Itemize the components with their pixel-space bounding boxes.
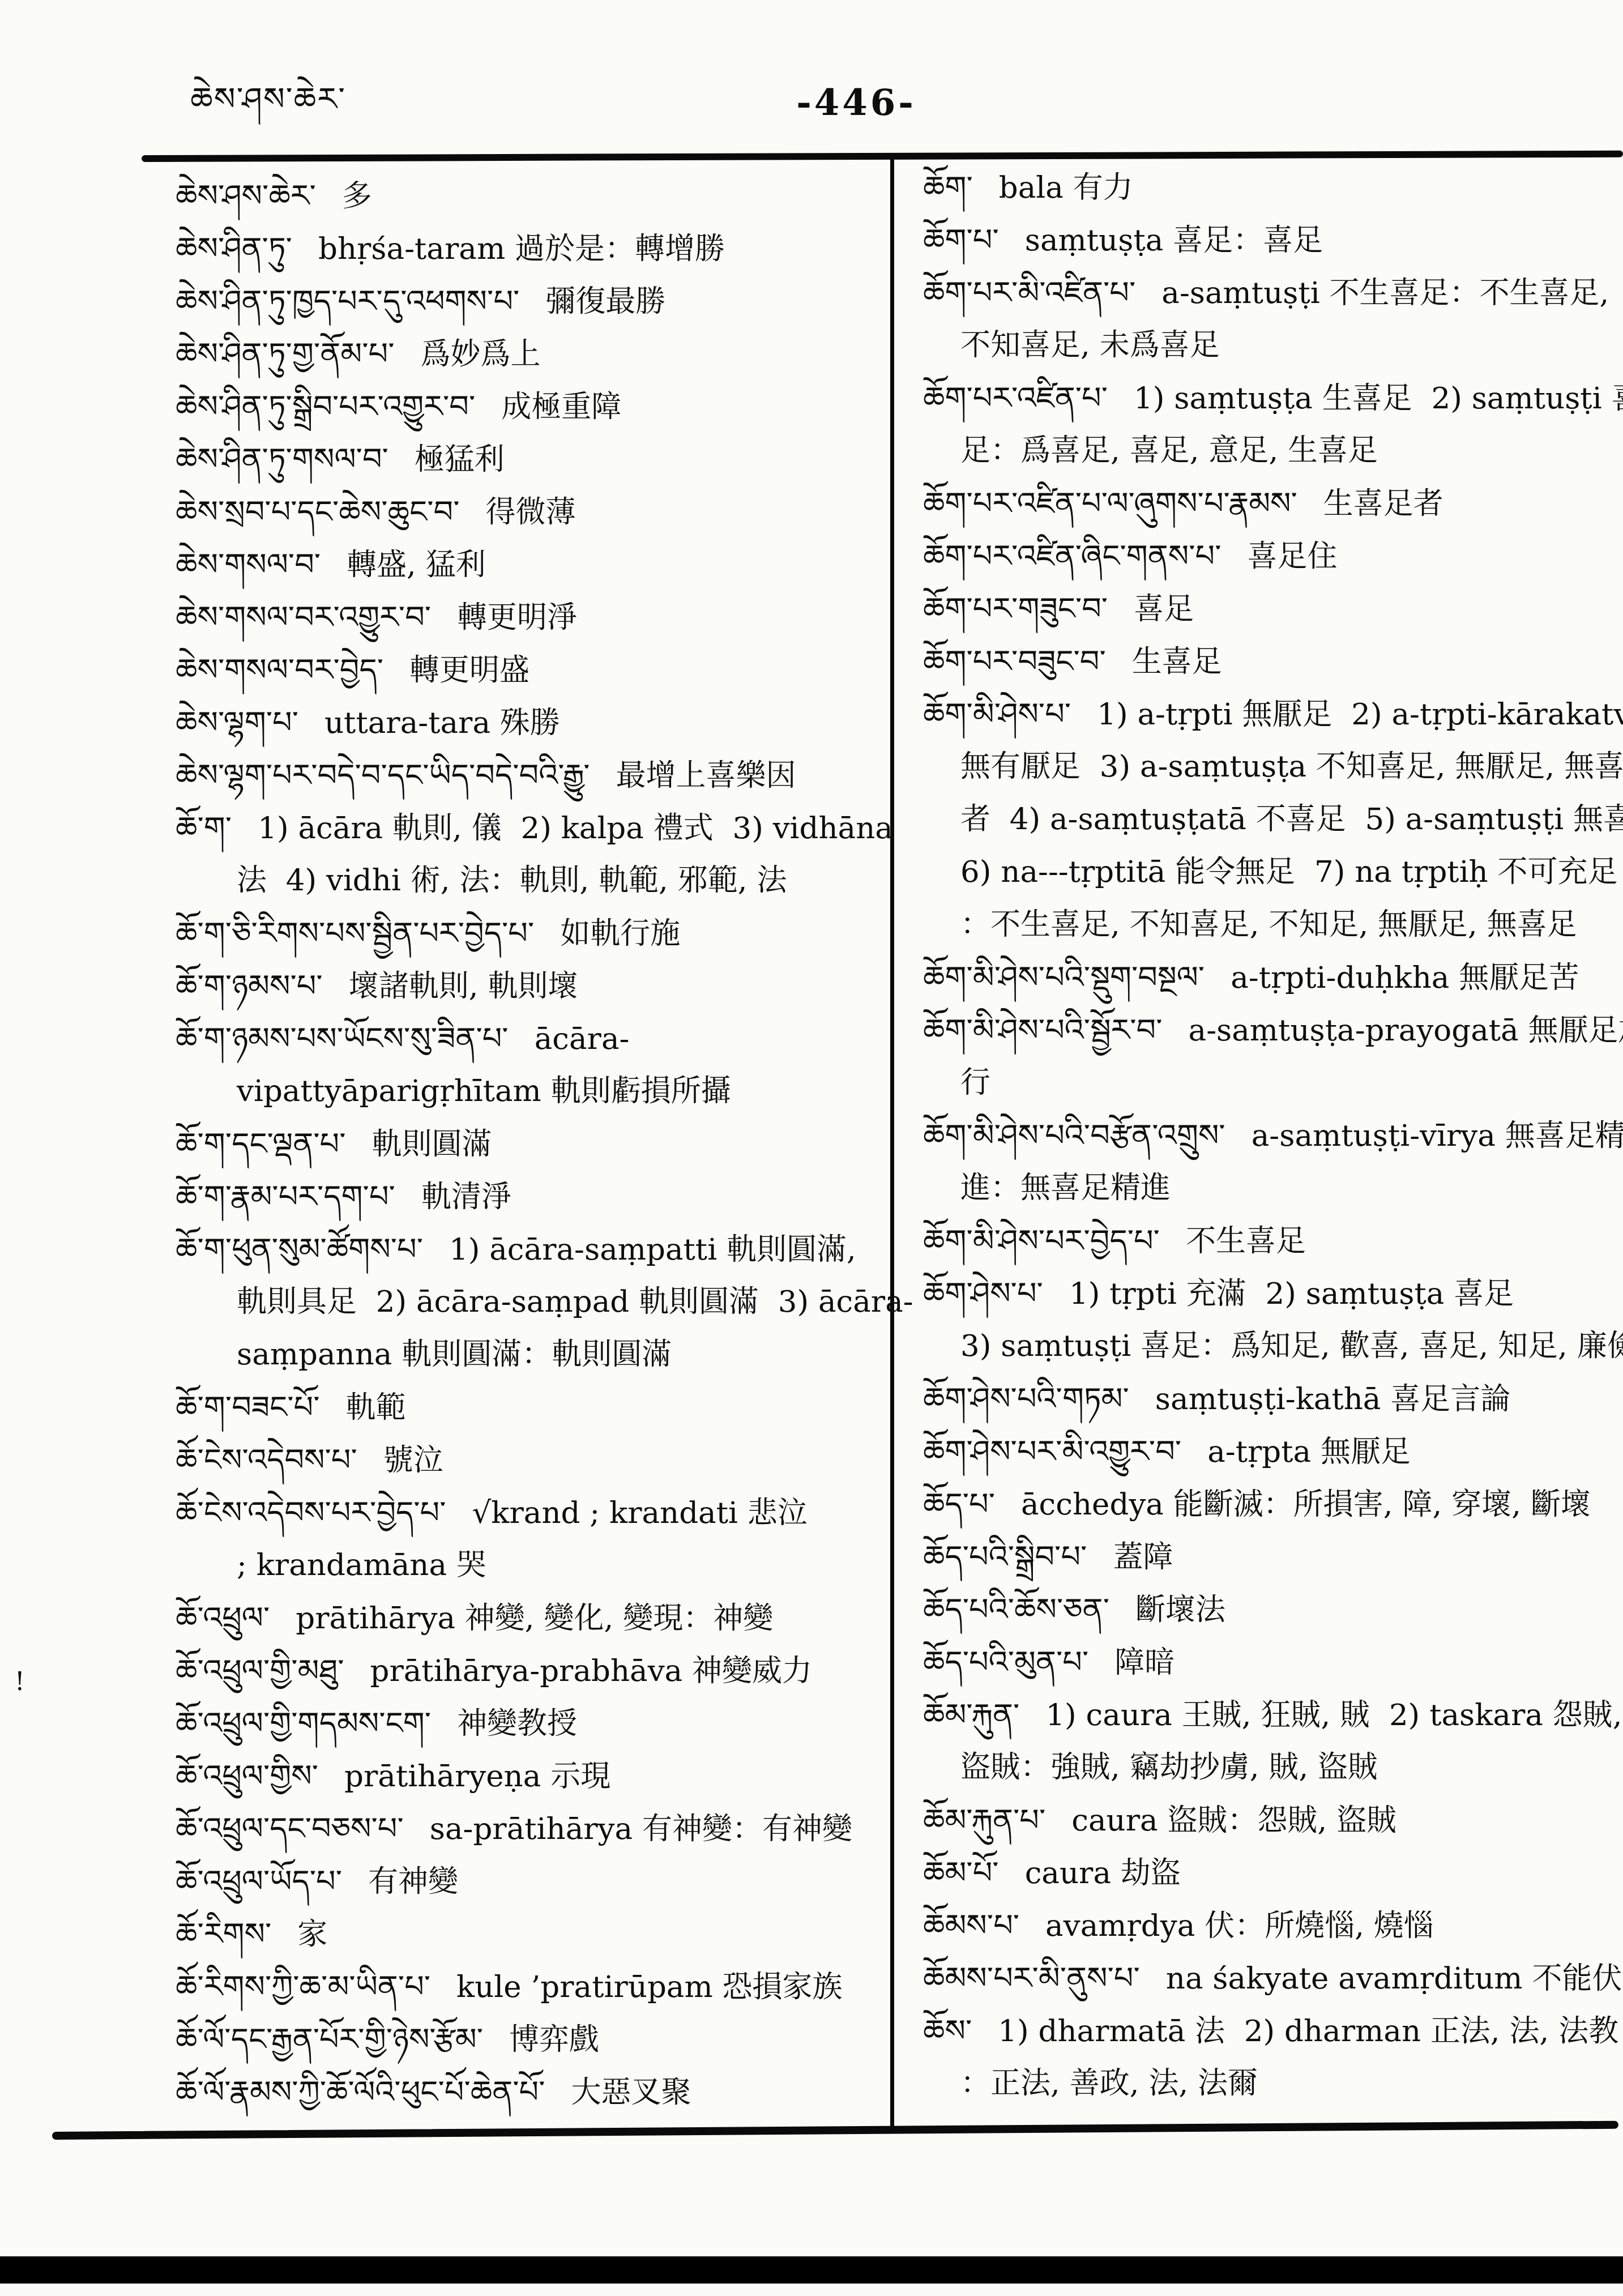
tibetan-headword: ཆོག་པར་འཛིན་ཞིང་གནས་པ་ xyxy=(923,538,1221,574)
entry-gloss: kule ’pratirūpam 恐損家族 xyxy=(456,1970,842,2004)
entry-gloss: ：正法, 善政, 法, 法爾 xyxy=(960,2066,1258,2101)
entry-gloss: sa-prātihārya 有神變：有神變 xyxy=(430,1812,852,1846)
entry-line: ཆེས་ཤིན་ཏུ་ཁྱད་པར་དུ་འཕགས་པ་彌復最勝 xyxy=(176,275,886,327)
entry-line: ཆོམ་རྐུན་པ་caura 盜賊：怨賊, 盜賊 xyxy=(923,1794,1620,1846)
tibetan-headword: ཆོ་ག་དང་ལྡན་པ་ xyxy=(176,1126,346,1162)
entry-gloss: a-saṃtuṣṭa-prayogatā 無厭足加 xyxy=(1189,1013,1623,1048)
entry-line: ཆོད་པའི་ཆོས་ཅན་斷壞法 xyxy=(923,1583,1620,1636)
tibetan-headword: ཆོག་མི་ཤེས་པའི་སྡུག་བསྔལ་ xyxy=(923,959,1205,995)
entry-line: ཆོ་འཕྲུལ་prātihārya 神變, 變化, 變現：神變 xyxy=(176,1591,886,1644)
entry-gloss: 大惡叉聚 xyxy=(571,2075,691,2110)
tibetan-headword: ཆོག་པ་ xyxy=(923,222,999,258)
entry-line: ཆེས་སྲབ་པ་དང་ཆེས་ཆུང་བ་得微薄 xyxy=(176,485,886,538)
entry-gloss: saṃtuṣṭi-kathā 喜足言論 xyxy=(1155,1382,1510,1416)
entry-gloss: 得微薄 xyxy=(486,495,576,530)
entry-line: ཆོམ་པོ་caura 劫盜 xyxy=(923,1846,1620,1899)
tibetan-headword: ཆོམ་རྐུན་ xyxy=(923,1697,1019,1732)
entry-gloss: a-saṃtuṣṭi-vīrya 無喜足精 xyxy=(1252,1119,1623,1153)
tibetan-headword: ཆེས་ཤིན་ཏུ་སྒྲིབ་པར་འགྱུར་བ་ xyxy=(176,389,475,424)
tibetan-headword: ཆོ་འཕྲུལ་གྱིས་ xyxy=(176,1758,318,1794)
entry-gloss: 1) caura 王賊, 狂賊, 賊 2) taskara 怨賊, xyxy=(1045,1698,1622,1732)
entry-line: ཆོ་ག་ཅི་རིགས་པས་སྦྱིན་པར་བྱེད་པ་如軌行施 xyxy=(176,907,886,959)
entry-gloss: caura 盜賊：怨賊, 盜賊 xyxy=(1071,1803,1396,1838)
entry-line: ཆོག་པར་འཛིན་པ་1) saṃtuṣṭa 生喜足 2) saṃtuṣṭ… xyxy=(923,372,1620,424)
tibetan-headword: ཆོག་ཤེས་པའི་གཏམ་ xyxy=(923,1381,1129,1416)
entry-line: ཆེས་ལྷག་པ་uttara-tara 殊勝 xyxy=(176,696,886,749)
tibetan-headword: ཆོམ་པོ་ xyxy=(923,1855,999,1890)
tibetan-headword: ཆོ་ལོ་དང་རྒྱན་པོར་གྱི་ཉེས་རྩོམ་ xyxy=(176,2021,483,2057)
entry-line: ཆོག་ཤེས་པའི་གཏམ་saṃtuṣṭi-kathā 喜足言論 xyxy=(923,1372,1620,1425)
tibetan-headword: ཆོག་མི་ཤེས་པའི་སྦྱོར་བ་ xyxy=(923,1012,1163,1048)
entry-line: 法 4) vidhi 術, 法：軌則, 軌範, 邪範, 法 xyxy=(176,854,886,907)
tibetan-headword: ཆོ་ག་ཅི་རིགས་པས་སྦྱིན་པར་བྱེད་པ་ xyxy=(176,915,534,951)
entry-line: ཆོག་ཤེས་པར་མི་འགྱུར་བ་a-tṛpta 無厭足 xyxy=(923,1425,1620,1478)
tibetan-headword: ཆོག་པར་གཟུང་བ་ xyxy=(923,591,1108,626)
entry-line: ཆེས་ཤིན་ཏུ་གྱ་ནོམ་པ་爲妙爲上 xyxy=(176,327,886,380)
margin-stray-mark: ! xyxy=(15,1667,25,1696)
entry-gloss: 1) saṃtuṣṭa 生喜足 2) saṃtuṣṭi 喜 xyxy=(1134,381,1623,416)
tibetan-headword: ཆོག་ xyxy=(923,169,973,205)
tibetan-headword: ཆོག་མི་ཤེས་པ་ xyxy=(923,696,1071,732)
tibetan-headword: ཆེས་སྲབ་པ་དང་ཆེས་ཆུང་བ་ xyxy=(176,494,460,530)
entry-gloss: bala 有力 xyxy=(999,170,1133,205)
tibetan-headword: ཆོག་མི་ཤེས་པའི་བརྩོན་འགྲུས་ xyxy=(923,1117,1225,1153)
entry-line: ཆོག་མི་ཤེས་པ་1) a-tṛpti 無厭足 2) a-tṛpti-k… xyxy=(923,688,1620,740)
entry-gloss: a-tṛpti-duḥkha 無厭足苦 xyxy=(1231,961,1579,995)
entry-gloss: 號泣 xyxy=(383,1443,443,1478)
entry-line: ཆོ་ག་ཉམས་པས་ཡོངས་སུ་ཟིན་པ་ācāra- xyxy=(176,1012,886,1065)
entry-line: ཆོག་པར་བཟུང་བ་生喜足 xyxy=(923,635,1620,688)
entry-line: ཆོ་ག་ཉམས་པ་壞諸軌則, 軌則壞 xyxy=(176,959,886,1012)
entry-gloss: saṃtuṣṭa 喜足：喜足 xyxy=(1025,223,1323,258)
entry-line: ཆོག་མི་ཤེས་པའི་སྡུག་བསྔལ་a-tṛpti-duḥkha … xyxy=(923,951,1620,1004)
entry-gloss: 如軌行施 xyxy=(560,916,680,951)
tibetan-headword: ཆོ་འཕྲུལ་གྱི་མཐུ་ xyxy=(176,1653,344,1688)
scanner-edge-band xyxy=(0,2256,1623,2284)
entry-line: ཆེས་ཤིན་ཏུ་སྒྲིབ་པར་འགྱུར་བ་成極重障 xyxy=(176,380,886,433)
entry-gloss: bhṛśa-taram 過於是：轉增勝 xyxy=(318,232,725,266)
entry-line: ཆོ་འཕྲུལ་ཡོད་པ་有神變 xyxy=(176,1855,886,1907)
entry-line: ཆེས་གསལ་བ་轉盛, 猛利 xyxy=(176,538,886,591)
entry-gloss: 轉盛, 猛利 xyxy=(347,548,486,582)
entry-line: ཆོག་bala 有力 xyxy=(923,161,1620,214)
tibetan-headword: ཆེས་ལྷག་པར་བདེ་བ་དང་ཡིད་བདེ་བའི་རྒྱུ་ xyxy=(176,757,590,793)
entry-line: ཆོམ་རྐུན་1) caura 王賊, 狂賊, 賊 2) taskara 怨… xyxy=(923,1688,1620,1741)
entry-gloss: ：不生喜足, 不知喜足, 不知足, 無厭足, 無喜足 xyxy=(960,907,1577,942)
column-divider-rule xyxy=(890,157,894,2131)
tibetan-headword: ཆེས་གསལ་བར་བྱེད་ xyxy=(176,652,383,688)
left-column: ཆེས་ཤས་ཆེར་多ཆེས་ཤིན་ཏུ་bhṛśa-taram 過於是：轉… xyxy=(176,169,886,2118)
entry-gloss: 斷壞法 xyxy=(1135,1593,1225,1627)
entry-gloss: saṃpanna 軌則圓滿：軌則圓滿 xyxy=(237,1337,672,1372)
entry-line: ཆོག་པ་saṃtuṣṭa 喜足：喜足 xyxy=(923,214,1620,266)
entry-line: ཆོ་འཕྲུལ་གྱིས་prātihāryeṇa 示現 xyxy=(176,1749,886,1802)
entry-line: ཆེས་ཤིན་ཏུ་bhṛśa-taram 過於是：轉增勝 xyxy=(176,222,886,275)
entry-line: ཆོ་འཕྲུལ་གྱི་མཐུ་prātihārya-prabhāva 神變威… xyxy=(176,1644,886,1697)
tibetan-headword: ཆེས་ལྷག་པ་ xyxy=(176,705,298,740)
entry-gloss: a-tṛpta 無厭足 xyxy=(1207,1435,1411,1469)
entry-gloss: uttara-tara 殊勝 xyxy=(324,706,560,740)
entry-line: ཆོས་1) dharmatā 法 2) dharman 正法, 法, 法教 xyxy=(923,2004,1620,2057)
running-head-tibetan: ཆེས་ཤས་ཆེར་ xyxy=(190,84,346,116)
entry-gloss: vipattyāparigṛhītam 軌則虧損所攝 xyxy=(237,1074,731,1108)
tibetan-headword: ཆོད་པའི་མུན་པ་ xyxy=(923,1644,1088,1680)
entry-line: ཆོ་རིགས་家 xyxy=(176,1907,886,1960)
entry-line: ཆོད་པ་ācchedya 能斷滅：所損害, 障, 穿壞, 斷壞 xyxy=(923,1478,1620,1530)
entry-line: ཆོད་པའི་སྒྲིབ་པ་蓋障 xyxy=(923,1530,1620,1583)
entry-gloss: 家 xyxy=(297,1917,327,1952)
entry-gloss: caura 劫盜 xyxy=(1025,1856,1181,1890)
entry-line: ཆོག་པར་འཛིན་ཞིང་གནས་པ་喜足住 xyxy=(923,530,1620,582)
entry-gloss: 1) ācāra 軌則, 儀 2) kalpa 禮式 3) vidhāna xyxy=(258,811,893,846)
entry-gloss: na śakyate avamṛditum 不能伏 xyxy=(1166,1961,1622,1996)
tibetan-headword: ཆེས་གསལ་བར་འགྱུར་བ་ xyxy=(176,599,431,635)
entry-line: ཆེས་གསལ་བར་འགྱུར་བ་轉更明淨 xyxy=(176,591,886,643)
tibetan-headword: ཆོག་ཤེས་པར་མི་འགྱུར་བ་ xyxy=(923,1433,1181,1469)
entry-gloss: ācāra- xyxy=(535,1022,630,1056)
entry-line: ཆོ་ག་ཕུན་སུམ་ཚོགས་པ་1) ācāra-saṃpatti 軌則… xyxy=(176,1223,886,1275)
tibetan-headword: ཆེས་གསལ་བ་ xyxy=(176,547,321,582)
tibetan-headword: ཆོག་པར་འཛིན་པ་ལ་ཞུགས་པ་རྣམས་ xyxy=(923,485,1297,521)
tibetan-headword: ཆེས་ཤས་ཆེར་ xyxy=(176,178,316,214)
tibetan-headword: ཆོ་འཕྲུལ་གྱི་གདམས་ངག་ xyxy=(176,1705,431,1741)
entry-line: ཆོག་པར་འཛིན་པ་ལ་ཞུགས་པ་རྣམས་生喜足者 xyxy=(923,477,1620,530)
entry-line: 行 xyxy=(923,1056,1620,1109)
tibetan-headword: ཆོ་ག་ཉམས་པས་ཡོངས་སུ་ཟིན་པ་ xyxy=(176,1021,509,1056)
entry-gloss: 不知喜足, 未爲喜足 xyxy=(960,328,1220,362)
entry-gloss: √krand ; krandati 悲泣 xyxy=(472,1496,808,1530)
entry-gloss: 6) na---tṛptitā 能令無足 7) na tṛptiḥ 不可充足 xyxy=(960,855,1618,889)
entry-gloss: 有神變 xyxy=(368,1864,458,1899)
entry-gloss: 3) saṃtuṣṭi 喜足：爲知足, 歡喜, 喜足, 知足, 廉儉 xyxy=(960,1329,1623,1363)
tibetan-headword: ཆོ་འཕྲུལ་ xyxy=(176,1600,270,1636)
entry-line: ཆོ་ག་བཟང་པོ་軌範 xyxy=(176,1381,886,1433)
entry-line: 者 4) a-saṃtuṣṭatā 不喜足 5) a-saṃtuṣṭi 無喜足 xyxy=(923,793,1620,846)
entry-line: ཆོ་ངེས་འདེབས་པར་བྱེད་པ་√krand ; krandati… xyxy=(176,1486,886,1539)
tibetan-headword: ཆོ་ག་བཟང་པོ་ xyxy=(176,1389,320,1425)
entry-gloss: 1) a-tṛpti 無厭足 2) a-tṛpti-kārakatva xyxy=(1097,697,1623,732)
entry-gloss: prātihāryeṇa 示現 xyxy=(344,1759,610,1794)
entry-gloss: 足：爲喜足, 喜足, 意足, 生喜足 xyxy=(960,433,1378,468)
entry-line: ཆོ་འཕྲུལ་དང་བཅས་པ་sa-prātihārya 有神變：有神變 xyxy=(176,1802,886,1855)
entry-line: saṃpanna 軌則圓滿：軌則圓滿 xyxy=(176,1328,886,1381)
entry-gloss: 1) dharmatā 法 2) dharman 正法, 法, 法教 xyxy=(998,2014,1618,2049)
entry-gloss: avamṛdya 伏：所燒惱, 燒惱 xyxy=(1045,1909,1434,1943)
entry-line: ཆེས་ཤས་ཆེར་多 xyxy=(176,169,886,222)
entry-gloss: 蓋障 xyxy=(1113,1540,1173,1574)
entry-gloss: 者 4) a-saṃtuṣṭatā 不喜足 5) a-saṃtuṣṭi 無喜足 xyxy=(960,802,1623,837)
entry-line: ; krandamāna 哭 xyxy=(176,1539,886,1591)
tibetan-headword: ཆོག་མི་ཤེས་པར་བྱེད་པ་ xyxy=(923,1223,1160,1258)
entry-line: ཆོ་ལོ་དང་རྒྱན་པོར་གྱི་ཉེས་རྩོམ་博弈戲 xyxy=(176,2013,886,2065)
entry-gloss: 軌則圓滿 xyxy=(372,1127,492,1162)
entry-line: ཆོ་ག་རྣམ་པར་དག་པ་軌清淨 xyxy=(176,1170,886,1223)
entry-line: 進：無喜足精進 xyxy=(923,1162,1620,1214)
entry-line: ཆོག་མི་ཤེས་པའི་སྦྱོར་བ་a-saṃtuṣṭa-prayog… xyxy=(923,1004,1620,1056)
entry-line: 6) na---tṛptitā 能令無足 7) na tṛptiḥ 不可充足 xyxy=(923,846,1620,898)
tibetan-headword: ཆོ་ག་ཉམས་པ་ xyxy=(176,968,323,1004)
entry-gloss: a-saṃtuṣṭi 不生喜足：不生喜足, xyxy=(1161,276,1609,310)
entry-line: ：不生喜足, 不知喜足, 不知足, 無厭足, 無喜足 xyxy=(923,898,1620,951)
tibetan-headword: ཆོམས་པ་ xyxy=(923,1907,1019,1943)
entry-line: 軌則具足 2) ācāra-saṃpad 軌則圓滿 3) ācāra- xyxy=(176,1275,886,1328)
tibetan-headword: ཆོ་ངེས་འདེབས་པ་ xyxy=(176,1442,357,1478)
entry-line: 足：爲喜足, 喜足, 意足, 生喜足 xyxy=(923,424,1620,477)
entry-gloss: 最增上喜樂因 xyxy=(616,758,796,793)
entry-gloss: 軌清淨 xyxy=(421,1180,511,1214)
tibetan-headword: ཆོག་ཤེས་པ་ xyxy=(923,1275,1043,1311)
entry-line: ཆོག་པར་མི་འཛིན་པ་a-saṃtuṣṭi 不生喜足：不生喜足, xyxy=(923,266,1620,319)
tibetan-headword: ཆོས་ xyxy=(923,2013,972,2049)
entry-line: ཆོ་ལོ་རྣམས་ཀྱི་ཆོ་ལོའི་ཕུང་པོ་ཆེན་པོ་大惡叉… xyxy=(176,2065,886,2118)
tibetan-headword: ཆོ་འཕྲུལ་ཡོད་པ་ xyxy=(176,1863,342,1899)
entry-gloss: 生喜足者 xyxy=(1323,486,1443,521)
entry-line: ཆེས་ཤིན་ཏུ་གསལ་བ་極猛利 xyxy=(176,433,886,485)
entry-line: 3) saṃtuṣṭi 喜足：爲知足, 歡喜, 喜足, 知足, 廉儉 xyxy=(923,1320,1620,1372)
entry-gloss: 進：無喜足精進 xyxy=(960,1171,1171,1205)
entry-line: ：正法, 善政, 法, 法爾 xyxy=(923,2057,1620,2110)
entry-line: ཆོམས་པ་avamṛdya 伏：所燒惱, 燒惱 xyxy=(923,1899,1620,1952)
entry-gloss: 不生喜足 xyxy=(1186,1224,1306,1258)
entry-line: ཆོ་ག་དང་ལྡན་པ་軌則圓滿 xyxy=(176,1117,886,1170)
tibetan-headword: ཆོད་པའི་སྒྲིབ་པ་ xyxy=(923,1539,1087,1574)
entry-gloss: 神變教授 xyxy=(457,1706,577,1741)
entry-line: ཆོ་འཕྲུལ་གྱི་གདམས་ངག་神變教授 xyxy=(176,1697,886,1749)
entry-gloss: ; krandamāna 哭 xyxy=(237,1548,486,1582)
entry-gloss: 爲妙爲上 xyxy=(421,337,541,372)
entry-gloss: ācchedya 能斷滅：所損害, 障, 穿壞, 斷壞 xyxy=(1021,1487,1591,1522)
tibetan-headword: ཆོག་པར་བཟུང་བ་ xyxy=(923,643,1106,679)
page-number: -446- xyxy=(796,85,916,121)
entry-gloss: 轉更明淨 xyxy=(457,600,577,635)
tibetan-headword: ཆོ་ག་ཕུན་སུམ་ཚོགས་པ་ xyxy=(176,1231,423,1267)
entry-line: ཆོ་ངེས་འདེབས་པ་號泣 xyxy=(176,1433,886,1486)
entry-line: ཆོ་རིགས་ཀྱི་ཆ་མ་ཡིན་པ་kule ’pratirūpam 恐… xyxy=(176,1960,886,2013)
entry-line: vipattyāparigṛhītam 軌則虧損所攝 xyxy=(176,1065,886,1117)
header-rule xyxy=(142,151,1623,162)
tibetan-headword: ཆོད་པ་ xyxy=(923,1486,995,1522)
entry-gloss: 法 4) vidhi 術, 法：軌則, 軌範, 邪範, 法 xyxy=(237,863,787,898)
entry-gloss: 1) tṛpti 充滿 2) saṃtuṣṭa 喜足 xyxy=(1069,1277,1514,1311)
entry-gloss: 成極重障 xyxy=(501,390,621,424)
tibetan-headword: ཆེས་ཤིན་ཏུ་ཁྱད་པར་དུ་འཕགས་པ་ xyxy=(176,283,519,319)
entry-line: 無有厭足 3) a-saṃtuṣṭa 不知喜足, 無厭足, 無喜足 xyxy=(923,740,1620,793)
entry-gloss: 轉更明盛 xyxy=(409,653,529,688)
tibetan-headword: ཆོད་པའི་ཆོས་ཅན་ xyxy=(923,1591,1109,1627)
tibetan-headword: ཆོམ་རྐུན་པ་ xyxy=(923,1802,1045,1838)
entry-gloss: 彌復最勝 xyxy=(545,284,665,319)
tibetan-headword: ཆོག་པར་འཛིན་པ་ xyxy=(923,380,1108,416)
right-column: ཆོག་bala 有力ཆོག་པ་saṃtuṣṭa 喜足：喜足ཆོག་པར་མི… xyxy=(923,161,1620,2110)
entry-gloss: 軌範 xyxy=(346,1390,406,1425)
entry-gloss: 軌則具足 2) ācāra-saṃpad 軌則圓滿 3) ācāra- xyxy=(237,1284,913,1319)
entry-line: 盜賊：強賊, 竊劫抄虜, 賊, 盜賊 xyxy=(923,1741,1620,1794)
tibetan-headword: ཆེས་ཤིན་ཏུ་ xyxy=(176,231,292,266)
entry-gloss: 無有厭足 3) a-saṃtuṣṭa 不知喜足, 無厭足, 無喜足 xyxy=(960,749,1623,784)
entry-gloss: 博弈戲 xyxy=(509,2022,599,2057)
entry-line: ཆོག་མི་ཤེས་པའི་བརྩོན་འགྲུས་a-saṃtuṣṭi-vī… xyxy=(923,1109,1620,1162)
entry-line: ཆོམས་པར་མི་ནུས་པ་na śakyate avamṛditum 不… xyxy=(923,1952,1620,2004)
entry-gloss: 行 xyxy=(960,1065,990,1100)
entry-gloss: prātihārya 神變, 變化, 變現：神變 xyxy=(296,1601,773,1636)
entry-line: ཆེས་གསལ་བར་བྱེད་轉更明盛 xyxy=(176,643,886,696)
tibetan-headword: ཆེས་ཤིན་ཏུ་གྱ་ནོམ་པ་ xyxy=(176,336,395,372)
entry-gloss: 障暗 xyxy=(1114,1645,1174,1680)
entry-gloss: 壞諸軌則, 軌則壞 xyxy=(349,969,578,1004)
tibetan-headword: ཆོག་པར་མི་འཛིན་པ་ xyxy=(923,275,1135,310)
tibetan-headword: ཆོ་ངེས་འདེབས་པར་བྱེད་པ་ xyxy=(176,1495,446,1530)
entry-gloss: 喜足住 xyxy=(1248,539,1338,574)
entry-line: ཆོག་པར་གཟུང་བ་喜足 xyxy=(923,582,1620,635)
entry-line: ཆོག་མི་ཤེས་པར་བྱེད་པ་不生喜足 xyxy=(923,1214,1620,1267)
entry-gloss: 1) ācāra-saṃpatti 軌則圓滿, xyxy=(449,1232,856,1267)
tibetan-headword: ཆེས་ཤིན་ཏུ་གསལ་བ་ xyxy=(176,441,388,477)
tibetan-headword: ཆོམས་པར་མི་ནུས་པ་ xyxy=(923,1960,1140,1996)
entry-line: ཆོ་ག་1) ācāra 軌則, 儀 2) kalpa 禮式 3) vidhā… xyxy=(176,801,886,854)
entry-line: 不知喜足, 未爲喜足 xyxy=(923,319,1620,372)
tibetan-headword: ཆོ་རིགས་ཀྱི་ཆ་མ་ཡིན་པ་ xyxy=(176,1969,430,2004)
tibetan-headword: ཆོ་ག་རྣམ་པར་དག་པ་ xyxy=(176,1179,395,1214)
entry-gloss: 喜足 xyxy=(1134,592,1194,626)
entry-gloss: 生喜足 xyxy=(1132,645,1222,679)
tibetan-headword: ཆོ་འཕྲུལ་དང་བཅས་པ་ xyxy=(176,1811,404,1846)
tibetan-headword: ཆོ་ལོ་རྣམས་ཀྱི་ཆོ་ལོའི་ཕུང་པོ་ཆེན་པོ་ xyxy=(176,2074,545,2110)
entry-gloss: 盜賊：強賊, 竊劫抄虜, 賊, 盜賊 xyxy=(960,1750,1378,1785)
entry-gloss: 多 xyxy=(342,179,372,214)
entry-line: ཆོད་པའི་མུན་པ་障暗 xyxy=(923,1636,1620,1688)
tibetan-headword: ཆོ་རིགས་ xyxy=(176,1916,271,1952)
tibetan-headword: ཆོ་ག་ xyxy=(176,810,232,846)
entry-gloss: prātihārya-prabhāva 神變威力 xyxy=(370,1654,813,1688)
entry-line: ཆོག་ཤེས་པ་1) tṛpti 充滿 2) saṃtuṣṭa 喜足 xyxy=(923,1267,1620,1320)
footer-rule xyxy=(52,2121,1618,2140)
entry-gloss: 極猛利 xyxy=(415,442,505,477)
scanned-dictionary-page: ཆེས་ཤས་ཆེར་ -446- ! ཆེས་ཤས་ཆེར་多ཆེས་ཤིན་… xyxy=(0,0,1623,2296)
entry-line: ཆེས་ལྷག་པར་བདེ་བ་དང་ཡིད་བདེ་བའི་རྒྱུ་最增上… xyxy=(176,749,886,801)
